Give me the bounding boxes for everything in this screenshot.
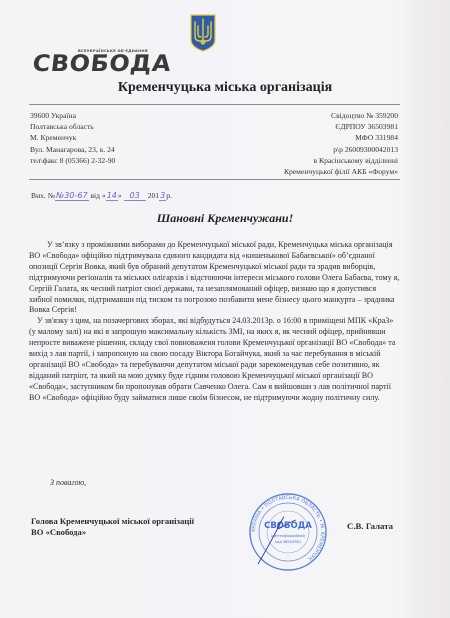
date-month: 03 (124, 191, 146, 201)
bank-line: Свідоцтво № 359200 (284, 110, 398, 121)
stamp-code-label: ідентифікаційний (271, 534, 305, 538)
stamp-center-text: СВОБОДА (264, 521, 312, 531)
signer-role: Голова Кременчуцької міської організації… (31, 516, 194, 538)
header-divider-top (29, 104, 400, 105)
outgoing-prefix: Вих. № (31, 191, 55, 200)
date-year-end: р. (166, 191, 172, 200)
signer-role-line-1: Голова Кременчуцької міської організації (31, 516, 194, 527)
address-line: 39600 Україна (30, 110, 115, 121)
regards-text: З повагою, (50, 478, 86, 487)
bank-line: в Красінському відділенні (284, 155, 398, 166)
signer-role-line-2: ВО «Свобода» (31, 527, 194, 538)
signer-name: С.В. Галата (347, 521, 393, 531)
bank-line: МФО 331984 (284, 132, 398, 143)
address-line: М. Кременчук (30, 132, 115, 143)
letter-page: ВСЕУКРАЇНСЬКЕ ОБ'ЄДНАННЯ СВОБОДА Кременч… (0, 0, 450, 618)
date-from-label: від « (90, 191, 105, 200)
outgoing-reference: Вих. №№30-67 від «14» 03 2013р. (31, 191, 172, 200)
outgoing-number: №30-67 (55, 191, 89, 201)
stamp-code: код 36503981 (275, 540, 301, 544)
address-line: Полтавська область (30, 121, 115, 132)
bank-line: ЄДРПОУ 36503981 (284, 121, 398, 132)
address-line: Вул. Манагарова, 23, к. 24 (30, 144, 115, 155)
date-day-close: » (118, 191, 122, 200)
date-day: 14 (106, 191, 118, 201)
organization-title: Кременчуцька міська організація (0, 80, 450, 96)
ukraine-trident-crest-icon (190, 14, 216, 52)
header-divider-bottom (29, 179, 400, 180)
date-year-prefix: 201 (148, 191, 159, 200)
svoboda-logo: СВОБОДА (31, 52, 172, 75)
address-line: тел\факс 8 (05366) 2-32-90 (30, 155, 115, 166)
bank-line: Кременчуцької філії АКБ «Форум» (284, 166, 398, 177)
greeting-heading: Шановні Кременчужани! (0, 211, 450, 226)
official-stamp-icon: УКРАЇНА • ПОЛТАВСЬКА ОБЛАСТЬ • М. КРЕМЕН… (248, 492, 328, 572)
bank-details-block: Свідоцтво № 359200 ЄДРПОУ 36503981 МФО 3… (284, 110, 398, 177)
letter-body: У зв’язку з проміжними виборами до Креме… (29, 240, 401, 404)
bank-line: р\р 26009300042013 (284, 144, 398, 155)
body-paragraph-2: У зв'язку з цим, на позачергових зборах,… (29, 316, 401, 403)
address-block: 39600 Україна Полтавська область М. Крем… (30, 110, 115, 166)
body-paragraph-1: У зв’язку з проміжними виборами до Креме… (29, 240, 401, 316)
